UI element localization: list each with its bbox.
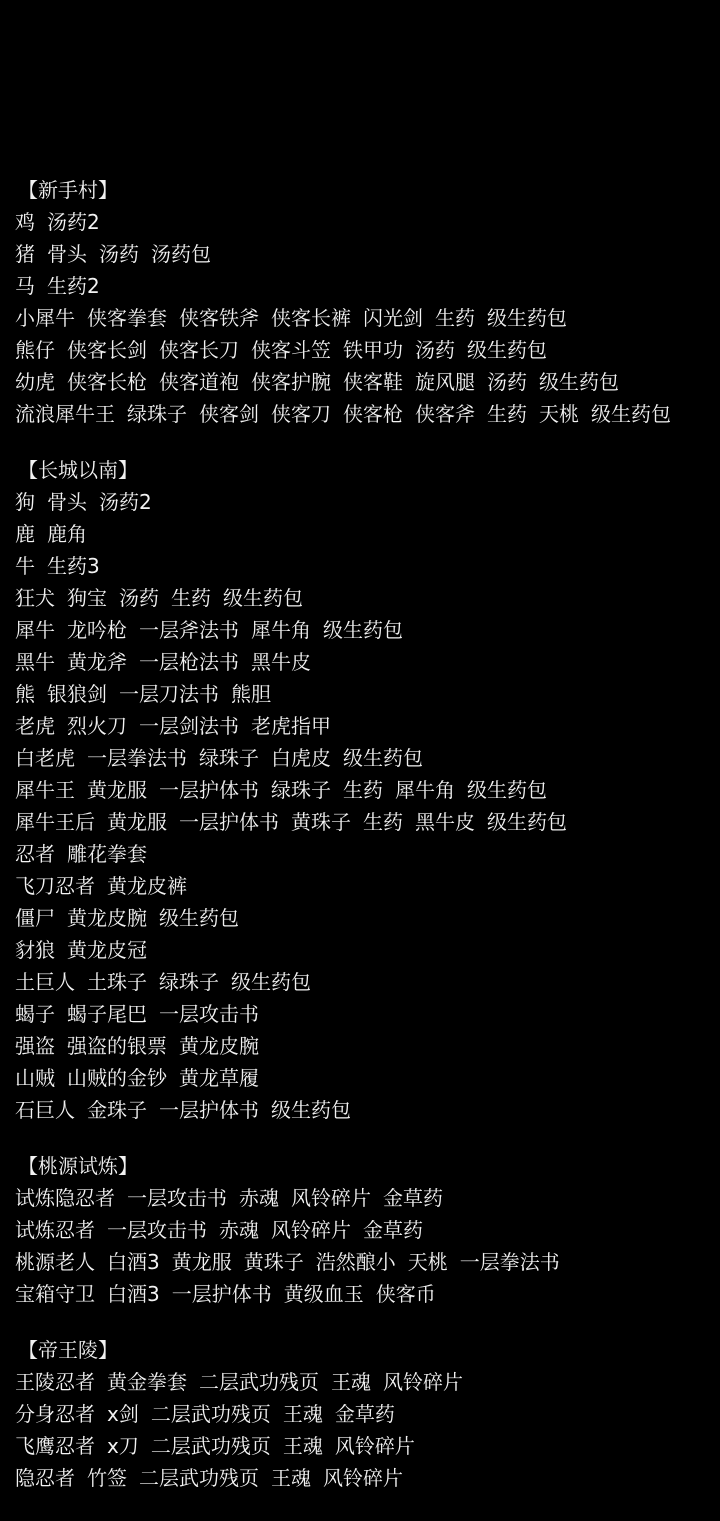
list-item: 鹿鹿角 [15,518,705,550]
monster-name: 隐忍者 [15,1466,75,1490]
list-item: 分身忍者x剑二层武功残页王魂金草药 [15,1398,705,1430]
drop-item: 侠客剑 [199,402,259,426]
drop-item: 级生药包 [231,970,311,994]
drop-item: 汤药包 [151,242,211,266]
list-item: 试炼忍者一层攻击书赤魂风铃碎片金草药 [15,1214,705,1246]
monster-name: 狂犬 [15,586,55,610]
drop-item: 一层攻击书 [107,1218,207,1242]
list-item: 犀牛王后黄龙服一层护体书黄珠子生药黑牛皮级生药包 [15,806,705,838]
drop-item: 风铃碎片 [323,1466,403,1490]
list-item: 黑牛黄龙斧一层枪法书黑牛皮 [15,646,705,678]
monster-name: 牛 [15,554,35,578]
drop-item: 侠客长刀 [159,338,239,362]
drop-item: 侠客斧 [415,402,475,426]
drop-item: 天桃 [408,1250,448,1274]
monster-name: 流浪犀牛王 [15,402,115,426]
drop-item: 黄珠子 [291,810,351,834]
drop-item: 一层枪法书 [139,650,239,674]
drop-item: 黄龙皮腕 [67,906,147,930]
drop-item: 汤药 [99,242,139,266]
drop-item: 赤魂 [239,1186,279,1210]
drop-item: 铁甲功 [343,338,403,362]
drop-item: 金珠子 [87,1098,147,1122]
list-item: 流浪犀牛王绿珠子侠客剑侠客刀侠客枪侠客斧生药天桃级生药包 [15,398,705,430]
drop-item: 天桃 [539,402,579,426]
drop-item: 犀牛角 [251,618,311,642]
drop-item: 一层攻击书 [127,1186,227,1210]
drop-item: 级生药包 [343,746,423,770]
drop-item: 老虎指甲 [251,714,331,738]
drop-item: 烈火刀 [67,714,127,738]
drop-item: 级生药包 [223,586,303,610]
drop-item: 风铃碎片 [271,1218,351,1242]
list-item: 僵尸黄龙皮腕级生药包 [15,902,705,934]
monster-name: 试炼隐忍者 [15,1186,115,1210]
monster-name: 黑牛 [15,650,55,674]
drop-item: 黑牛皮 [415,810,475,834]
drop-item: 级生药包 [539,370,619,394]
list-item: 王陵忍者黄金拳套二层武功残页王魂风铃碎片 [15,1366,705,1398]
monster-name: 狗 [15,490,35,514]
list-item: 狂犬狗宝汤药生药级生药包 [15,582,705,614]
drop-item: 王魂 [271,1466,311,1490]
drop-item: 浩然酿小 [316,1250,396,1274]
drop-item: 生药3 [47,554,100,578]
drop-item: 黑牛皮 [251,650,311,674]
drop-item: 侠客斗笠 [251,338,331,362]
drop-item: 银狼剑 [47,682,107,706]
list-item: 鸡汤药2 [15,206,705,238]
monster-name: 熊仔 [15,338,55,362]
drop-item: 生药 [435,306,475,330]
drop-item: 一层护体书 [172,1282,272,1306]
drop-item: 黄珠子 [244,1250,304,1274]
drop-item: 生药 [363,810,403,834]
drop-item: 白酒3 [107,1282,160,1306]
drop-item: 生药 [343,778,383,802]
drop-list-document: 【新手村】 鸡汤药2 猪骨头汤药汤药包 马生药2 小犀牛侠客拳套侠客铁斧侠客长裤… [15,174,705,1518]
drop-item: 风铃碎片 [335,1434,415,1458]
drop-item: 一层护体书 [179,810,279,834]
monster-name: 山贼 [15,1066,55,1090]
drop-item: 黄龙皮腕 [179,1034,259,1058]
monster-name: 忍者 [15,842,55,866]
monster-name: 飞鹰忍者 [15,1434,95,1458]
drop-item: 犀牛角 [395,778,455,802]
drop-item: 鹿角 [47,522,87,546]
list-item: 飞鹰忍者x刀二层武功残页王魂风铃碎片 [15,1430,705,1462]
drop-item: 风铃碎片 [383,1370,463,1394]
drop-item: 汤药 [415,338,455,362]
drop-item: 级生药包 [467,778,547,802]
list-item: 牛生药3 [15,550,705,582]
drop-item: 侠客刀 [271,402,331,426]
drop-item: 侠客铁斧 [179,306,259,330]
monster-name: 强盗 [15,1034,55,1058]
drop-item: 黄龙皮裤 [107,874,187,898]
drop-item: 黄级血玉 [284,1282,364,1306]
drop-item: 二层武功残页 [151,1434,271,1458]
drop-item: 黄龙服 [87,778,147,802]
drop-item: 一层刀法书 [119,682,219,706]
drop-item: 二层武功残页 [151,1402,271,1426]
list-item: 土巨人土珠子绿珠子级生药包 [15,966,705,998]
drop-item: 二层武功残页 [199,1370,319,1394]
list-item: 桃源老人白酒3黄龙服黄珠子浩然酿小天桃一层拳法书 [15,1246,705,1278]
list-item: 强盗强盗的银票黄龙皮腕 [15,1030,705,1062]
drop-item: 土珠子 [87,970,147,994]
drop-item: 金草药 [363,1218,423,1242]
drop-item: x刀 [107,1434,139,1458]
drop-item: 王魂 [283,1402,323,1426]
drop-item: 一层护体书 [159,778,259,802]
drop-item: 风铃碎片 [291,1186,371,1210]
monster-name: 老虎 [15,714,55,738]
monster-name: 飞刀忍者 [15,874,95,898]
drop-item: 侠客币 [376,1282,436,1306]
list-item: 忍者雕花拳套 [15,838,705,870]
drop-item: 级生药包 [159,906,239,930]
drop-item: 一层斧法书 [139,618,239,642]
monster-name: 犀牛 [15,618,55,642]
drop-item: x剑 [107,1402,139,1426]
drop-item: 黄龙皮冠 [67,938,147,962]
drop-item: 闪光剑 [363,306,423,330]
drop-item: 生药2 [47,274,100,298]
monster-name: 分身忍者 [15,1402,95,1426]
section-xinshoucun: 【新手村】 鸡汤药2 猪骨头汤药汤药包 马生药2 小犀牛侠客拳套侠客铁斧侠客长裤… [15,174,705,430]
list-item: 犀牛龙吟枪一层斧法书犀牛角级生药包 [15,614,705,646]
monster-name: 王陵忍者 [15,1370,95,1394]
drop-item: 赤魂 [219,1218,259,1242]
monster-name: 鹿 [15,522,35,546]
list-item: 幼虎侠客长枪侠客道袍侠客护腕侠客鞋旋风腿汤药级生药包 [15,366,705,398]
drop-item: 一层护体书 [159,1098,259,1122]
drop-item: 黄龙斧 [67,650,127,674]
drop-item: 侠客长裤 [271,306,351,330]
drop-item: 级生药包 [323,618,403,642]
monster-name: 僵尸 [15,906,55,930]
drop-item: 白酒3 [107,1250,160,1274]
drop-item: 一层剑法书 [139,714,239,738]
drop-item: 金草药 [383,1186,443,1210]
list-item: 小犀牛侠客拳套侠客铁斧侠客长裤闪光剑生药级生药包 [15,302,705,334]
monster-name: 猪 [15,242,35,266]
list-item: 石巨人金珠子一层护体书级生药包 [15,1094,705,1126]
monster-name: 试炼忍者 [15,1218,95,1242]
monster-name: 鸡 [15,210,35,234]
drop-item: 侠客长枪 [67,370,147,394]
drop-item: 黄龙服 [107,810,167,834]
drop-item: 级生药包 [591,402,671,426]
drop-item: 旋风腿 [415,370,475,394]
drop-item: 骨头 [47,490,87,514]
drop-item: 绿珠子 [159,970,219,994]
drop-item: 侠客道袍 [159,370,239,394]
list-item: 狗骨头汤药2 [15,486,705,518]
monster-name: 犀牛王 [15,778,75,802]
drop-item: 侠客护腕 [251,370,331,394]
monster-name: 幼虎 [15,370,55,394]
drop-item: 级生药包 [271,1098,351,1122]
list-item: 蝎子蝎子尾巴一层攻击书 [15,998,705,1030]
drop-item: 金草药 [335,1402,395,1426]
list-item: 马生药2 [15,270,705,302]
drop-item: 雕花拳套 [67,842,147,866]
drop-item: 龙吟枪 [67,618,127,642]
drop-item: 白虎皮 [271,746,331,770]
monster-name: 桃源老人 [15,1250,95,1274]
section-title: 【长城以南】 [18,454,705,486]
drop-item: 级生药包 [487,810,567,834]
list-item: 熊仔侠客长剑侠客长刀侠客斗笠铁甲功汤药级生药包 [15,334,705,366]
section-title: 【新手村】 [18,174,705,206]
drop-item: 级生药包 [467,338,547,362]
drop-item: 绿珠子 [127,402,187,426]
monster-name: 宝箱守卫 [15,1282,95,1306]
drop-item: 一层攻击书 [159,1002,259,1026]
section-title: 【帝王陵】 [18,1334,705,1366]
list-item: 犀牛王黄龙服一层护体书绿珠子生药犀牛角级生药包 [15,774,705,806]
drop-item: 竹签 [87,1466,127,1490]
monster-name: 马 [15,274,35,298]
monster-name: 石巨人 [15,1098,75,1122]
drop-item: 级生药包 [487,306,567,330]
drop-item: 汤药 [487,370,527,394]
drop-item: 生药 [171,586,211,610]
monster-name: 白老虎 [15,746,75,770]
drop-item: 生药 [487,402,527,426]
drop-item: 侠客拳套 [87,306,167,330]
monster-name: 蝎子 [15,1002,55,1026]
drop-item: 一层拳法书 [460,1250,560,1274]
list-item: 试炼隐忍者一层攻击书赤魂风铃碎片金草药 [15,1182,705,1214]
drop-item: 一层拳法书 [87,746,187,770]
drop-item: 汤药2 [47,210,100,234]
monster-name: 小犀牛 [15,306,75,330]
drop-item: 王魂 [331,1370,371,1394]
drop-item: 骨头 [47,242,87,266]
drop-item: 黄龙服 [172,1250,232,1274]
monster-name: 犀牛王后 [15,810,95,834]
list-item: 宝箱守卫白酒3一层护体书黄级血玉侠客币 [15,1278,705,1310]
drop-item: 二层武功残页 [139,1466,259,1490]
section-diwangling: 【帝王陵】 王陵忍者黄金拳套二层武功残页王魂风铃碎片 分身忍者x剑二层武功残页王… [15,1334,705,1494]
drop-item: 侠客长剑 [67,338,147,362]
list-item: 山贼山贼的金钞黄龙草履 [15,1062,705,1094]
list-item: 白老虎一层拳法书绿珠子白虎皮级生药包 [15,742,705,774]
drop-item: 狗宝 [67,586,107,610]
section-taoyuanshilian: 【桃源试炼】 试炼隐忍者一层攻击书赤魂风铃碎片金草药 试炼忍者一层攻击书赤魂风铃… [15,1150,705,1310]
drop-item: 侠客鞋 [343,370,403,394]
section-changchengyinan: 【长城以南】 狗骨头汤药2 鹿鹿角 牛生药3 狂犬狗宝汤药生药级生药包 犀牛龙吟… [15,454,705,1126]
monster-name: 土巨人 [15,970,75,994]
list-item: 飞刀忍者黄龙皮裤 [15,870,705,902]
section-title: 【桃源试炼】 [18,1150,705,1182]
drop-item: 黄金拳套 [107,1370,187,1394]
list-item: 豺狼黄龙皮冠 [15,934,705,966]
drop-item: 黄龙草履 [179,1066,259,1090]
list-item: 猪骨头汤药汤药包 [15,238,705,270]
drop-item: 强盗的银票 [67,1034,167,1058]
drop-item: 绿珠子 [271,778,331,802]
drop-item: 绿珠子 [199,746,259,770]
list-item: 熊银狼剑一层刀法书熊胆 [15,678,705,710]
drop-item: 熊胆 [231,682,271,706]
drop-item: 侠客枪 [343,402,403,426]
drop-item: 汤药 [119,586,159,610]
monster-name: 熊 [15,682,35,706]
monster-name: 豺狼 [15,938,55,962]
drop-item: 王魂 [283,1434,323,1458]
drop-item: 汤药2 [99,490,152,514]
list-item: 老虎烈火刀一层剑法书老虎指甲 [15,710,705,742]
list-item: 隐忍者竹签二层武功残页王魂风铃碎片 [15,1462,705,1494]
drop-item: 山贼的金钞 [67,1066,167,1090]
drop-item: 蝎子尾巴 [67,1002,147,1026]
